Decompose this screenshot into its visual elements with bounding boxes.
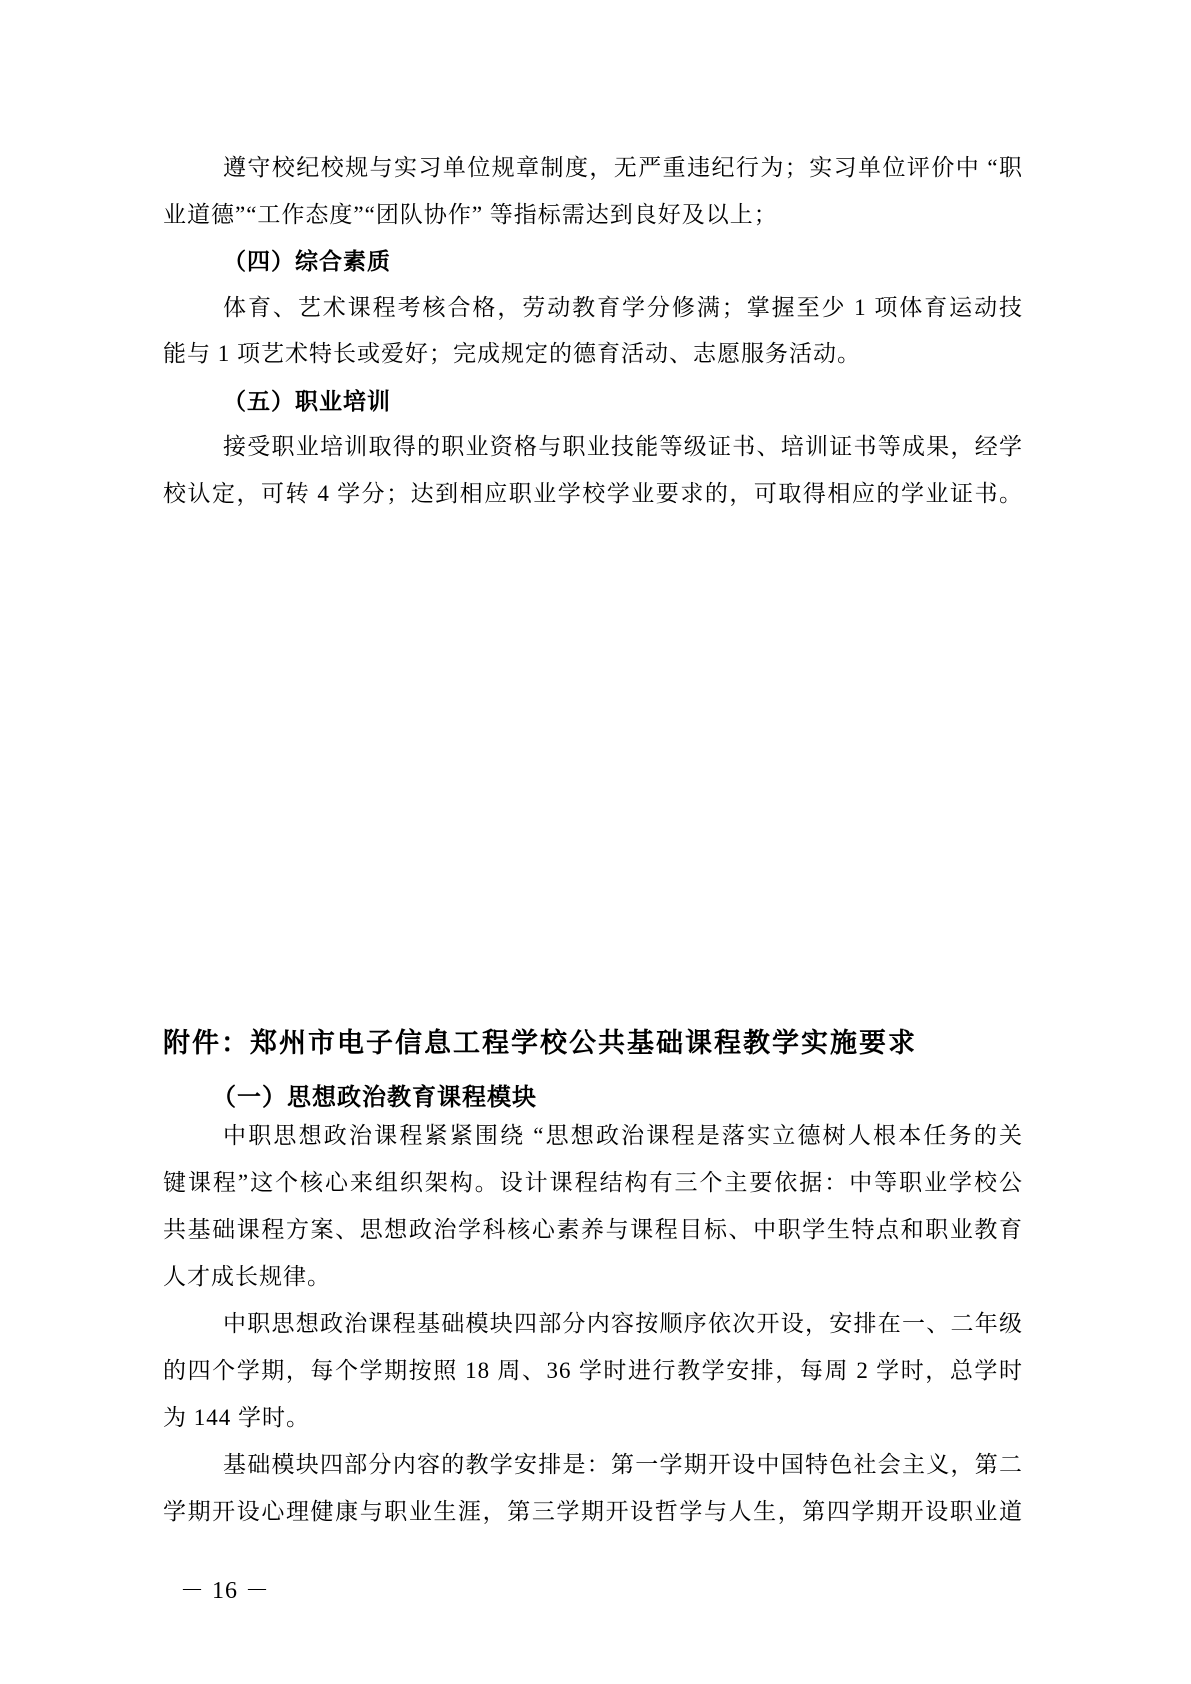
text-line: 中职思想政治课程基础模块四部分内容按顺序依次开设，安排在一、二年级: [163, 1300, 1023, 1347]
text-line: 体育、艺术课程考核合格，劳动教育学分修满；掌握至少 1 项体育运动技: [163, 285, 1023, 332]
sub-heading: （四）综合素质: [163, 238, 1023, 285]
text-line: 共基础课程方案、思想政治学科核心素养与课程目标、中职学生特点和职业教育: [163, 1206, 1023, 1253]
text-line: 校认定，可转 4 学分；达到相应职业学校学业要求的，可取得相应的学业证书。: [163, 471, 1023, 518]
sub-heading: （五）职业培训: [163, 378, 1023, 425]
text-line: 基础模块四部分内容的教学安排是：第一学期开设中国特色社会主义，第二: [163, 1441, 1023, 1488]
text-line: 遵守校纪校规与实习单位规章制度，无严重违纪行为；实习单位评价中 “职: [163, 145, 1023, 192]
text-line: 业道德”“工作态度”“团队协作” 等指标需达到良好及以上；: [163, 192, 1023, 239]
text-line: 中职思想政治课程紧紧围绕 “思想政治课程是落实立德树人根本任务的关: [163, 1112, 1023, 1159]
text-line: 键课程”这个核心来组织架构。设计课程结构有三个主要依据：中等职业学校公: [163, 1159, 1023, 1206]
attachment-title: 附件：郑州市电子信息工程学校公共基础课程教学实施要求: [163, 1026, 1063, 1060]
document-page: 遵守校纪校规与实习单位规章制度，无严重违纪行为；实习单位评价中 “职业道德”“工…: [0, 0, 1191, 1684]
text-line: 人才成长规律。: [163, 1253, 1023, 1300]
attachment-text-block: 中职思想政治课程紧紧围绕 “思想政治课程是落实立德树人根本任务的关键课程”这个核…: [163, 1112, 1023, 1535]
text-line: 学期开设心理健康与职业生涯，第三学期开设哲学与人生，第四学期开设职业道: [163, 1488, 1023, 1535]
page-number: － 16 －: [180, 1570, 270, 1605]
text-line: 能与 1 项艺术特长或爱好；完成规定的德育活动、志愿服务活动。: [163, 331, 1023, 378]
text-line: 接受职业培训取得的职业资格与职业技能等级证书、培训证书等成果，经学: [163, 424, 1023, 471]
text-line: 的四个学期，每个学期按照 18 周、36 学时进行教学安排，每周 2 学时，总学…: [163, 1347, 1023, 1394]
text-line: 为 144 学时。: [163, 1394, 1023, 1441]
top-text-block: 遵守校纪校规与实习单位规章制度，无严重违纪行为；实习单位评价中 “职业道德”“工…: [163, 145, 1023, 517]
attachment-section-heading: （一）思想政治教育课程模块: [212, 1082, 537, 1114]
